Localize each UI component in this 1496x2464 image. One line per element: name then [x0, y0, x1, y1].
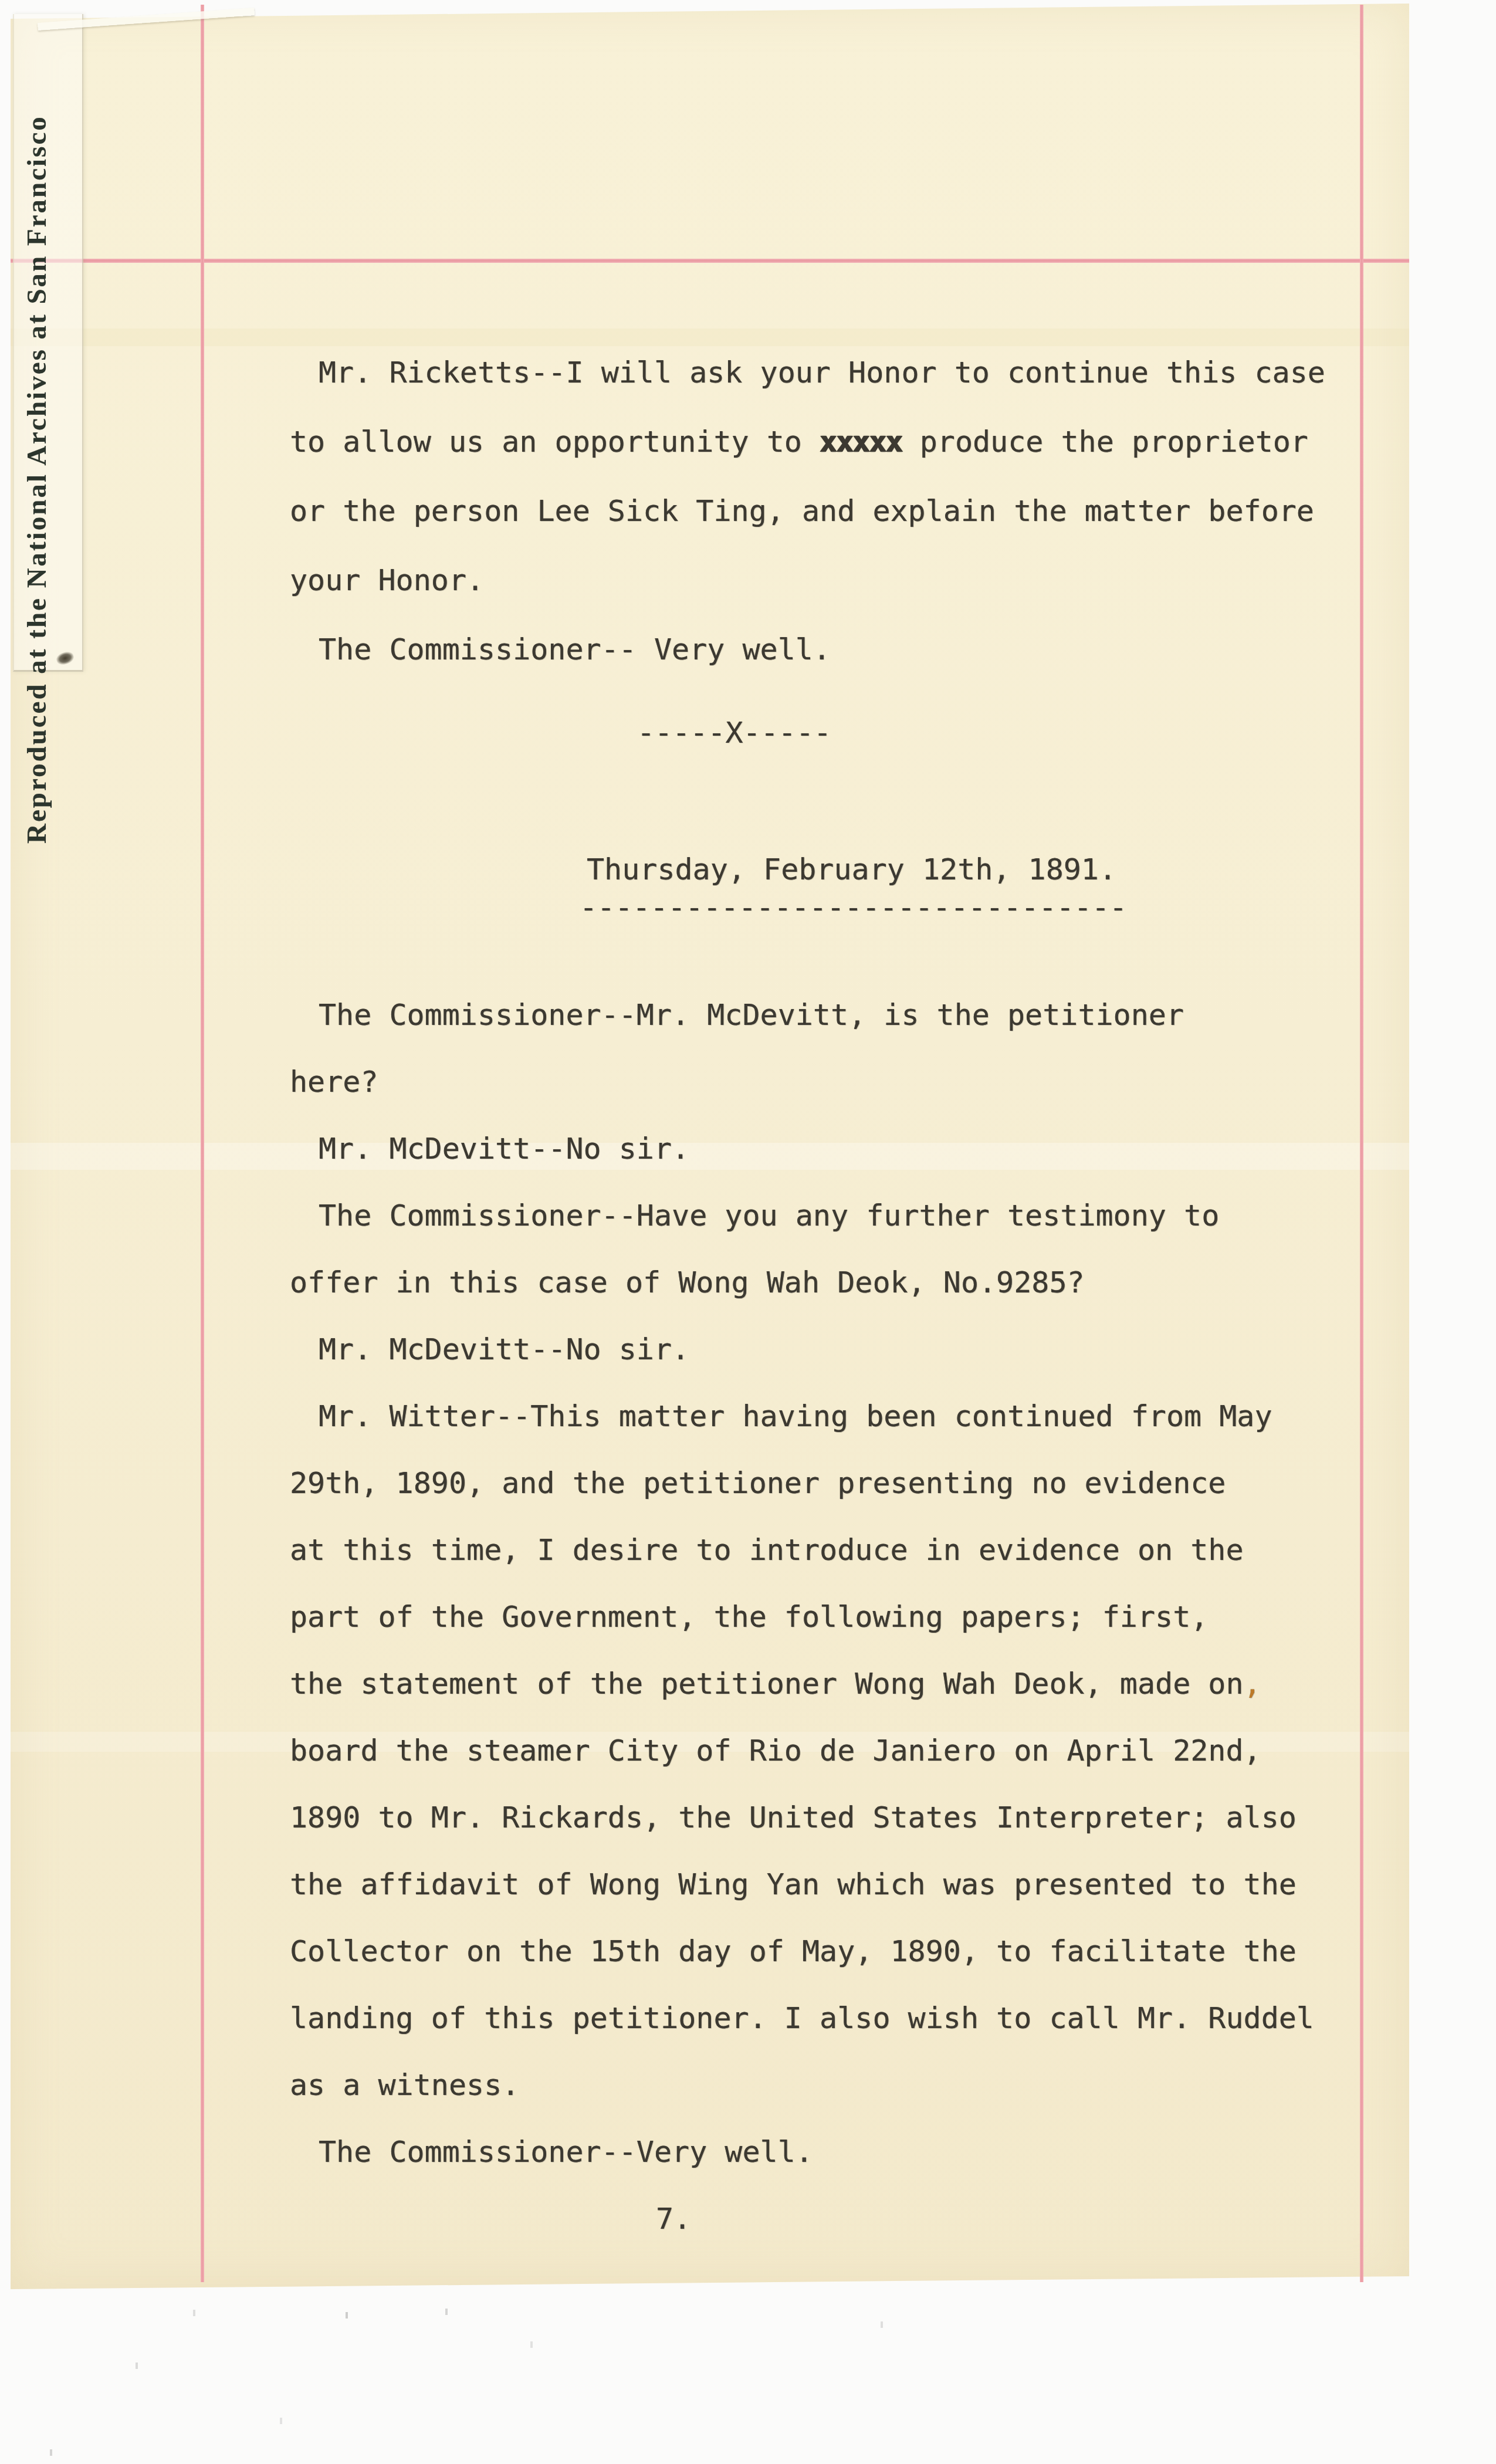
- typed-line: or the person Lee Sick Ting, and explain…: [290, 495, 1314, 527]
- typed-line: The Commissioner--Mr. McDevitt, is the p…: [319, 999, 1184, 1031]
- typed-line: here?: [290, 1066, 378, 1098]
- typed-line: 7.: [656, 2203, 691, 2235]
- typed-line: The Commissioner-- Very well.: [319, 634, 831, 665]
- typed-line: -----X-----: [637, 717, 831, 749]
- typed-line: Mr. McDevitt--No sir.: [319, 1333, 689, 1365]
- typed-line: the statement of the petitioner Wong Wah…: [290, 1668, 1261, 1700]
- typed-line: landing of this petitioner. I also wish …: [290, 2002, 1314, 2034]
- typed-text-layer: Mr. Ricketts--I will ask your Honor to c…: [0, 0, 1496, 2464]
- typed-line: The Commissioner--Very well.: [319, 2136, 813, 2168]
- typed-line: Collector on the 15th day of May, 1890, …: [290, 1935, 1297, 1967]
- typed-line: to allow us an opportunity to xxxxx prod…: [290, 426, 1308, 458]
- typed-line: offer in this case of Wong Wah Deok, No.…: [290, 1267, 1085, 1298]
- typed-line: at this time, I desire to introduce in e…: [290, 1534, 1244, 1566]
- typed-line: 29th, 1890, and the petitioner presentin…: [290, 1467, 1226, 1499]
- scanner-dust-specks: [0, 0, 1, 5]
- scanned-document: Reproduced at the National Archives at S…: [0, 0, 1496, 2464]
- typed-line: 1890 to Mr. Rickards, the United States …: [290, 1802, 1297, 1833]
- typed-line: your Honor.: [290, 564, 484, 596]
- typed-line: part of the Government, the following pa…: [290, 1601, 1208, 1633]
- typed-line: the affidavit of Wong Wing Yan which was…: [290, 1869, 1297, 1900]
- typed-line: Mr. Witter--This matter having been cont…: [319, 1400, 1272, 1432]
- typed-line: The Commissioner--Have you any further t…: [319, 1200, 1219, 1231]
- typed-line: Mr. Ricketts--I will ask your Honor to c…: [319, 357, 1325, 388]
- typed-line: board the steamer City of Rio de Janiero…: [290, 1735, 1261, 1766]
- typed-line: as a witness.: [290, 2069, 519, 2101]
- typed-line: Mr. McDevitt--No sir.: [319, 1133, 689, 1165]
- typed-line: Thursday, February 12th, 1891.: [587, 854, 1116, 885]
- typed-line: -------------------------------: [580, 892, 1127, 923]
